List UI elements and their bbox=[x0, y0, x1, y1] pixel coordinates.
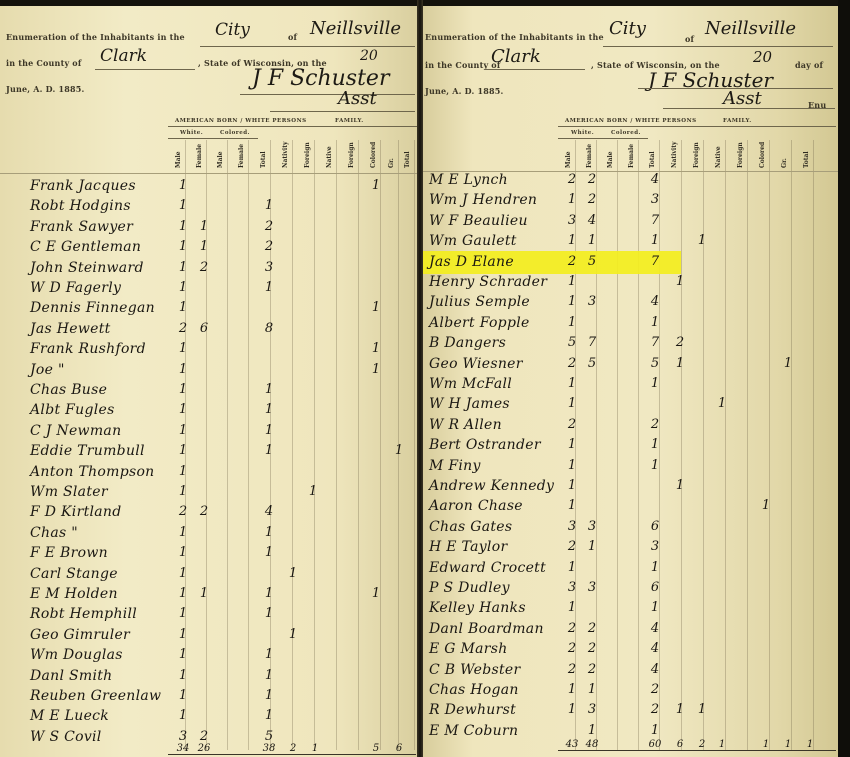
table-row[interactable]: Frank Jacques11 bbox=[0, 178, 417, 198]
right-ledger-page: Enumeration of the Inhabitants in the Ci… bbox=[423, 6, 838, 757]
resident-name: Julius Semple bbox=[429, 294, 530, 310]
count-cell: 1 bbox=[176, 239, 190, 254]
resident-name: C B Webster bbox=[429, 662, 520, 678]
header-of: of bbox=[288, 32, 297, 42]
total-cell: 48 bbox=[585, 739, 599, 750]
column-header: Foreign bbox=[737, 142, 744, 168]
sub-label-white: White. bbox=[571, 130, 594, 136]
count-cell: 1 bbox=[648, 600, 662, 615]
resident-name: Albt Fugles bbox=[30, 402, 115, 418]
count-cell: 1 bbox=[262, 545, 276, 560]
table-row[interactable]: Joe "11 bbox=[0, 362, 417, 382]
count-cell: 1 bbox=[176, 382, 190, 397]
count-cell: 1 bbox=[176, 423, 190, 438]
count-cell: 1 bbox=[565, 600, 579, 615]
count-cell: 1 bbox=[176, 668, 190, 683]
table-row[interactable]: W F Beaulieu347 bbox=[423, 213, 838, 233]
header-day: 20 bbox=[753, 48, 772, 66]
count-cell: 1 bbox=[176, 606, 190, 621]
total-cell: 1 bbox=[759, 739, 773, 750]
resident-name: F D Kirtland bbox=[30, 504, 122, 520]
table-row[interactable]: C J Newman11 bbox=[0, 423, 417, 443]
count-cell: 1 bbox=[197, 219, 211, 234]
resident-name: Albert Fopple bbox=[429, 315, 530, 331]
total-cell: 26 bbox=[197, 743, 211, 754]
count-cell: 1 bbox=[262, 198, 276, 213]
count-cell: 4 bbox=[648, 641, 662, 656]
count-cell: 3 bbox=[585, 580, 599, 595]
column-header: Foreign bbox=[348, 142, 355, 168]
total-cell: 43 bbox=[565, 739, 579, 750]
table-row[interactable]: M E Lynch224 bbox=[423, 172, 838, 192]
table-row[interactable]: Chas Hogan112 bbox=[423, 682, 838, 702]
resident-name: B Dangers bbox=[429, 335, 506, 351]
resident-name: Jas Hewett bbox=[30, 321, 111, 337]
resident-name: E M Holden bbox=[30, 586, 118, 602]
header-rule bbox=[168, 126, 417, 127]
header-place: Neillsville bbox=[310, 18, 401, 39]
count-cell: 1 bbox=[176, 260, 190, 275]
total-cell: 6 bbox=[673, 739, 687, 750]
resident-name: Aaron Chase bbox=[429, 498, 523, 514]
resident-name: M Finy bbox=[429, 458, 481, 474]
header-rule bbox=[95, 69, 195, 70]
count-cell: 1 bbox=[565, 274, 579, 289]
count-cell: 5 bbox=[565, 335, 579, 350]
resident-name: W F Beaulieu bbox=[429, 213, 528, 229]
table-row[interactable]: Frank Rushford11 bbox=[0, 341, 417, 361]
count-cell: 2 bbox=[197, 504, 211, 519]
header-rule bbox=[603, 46, 833, 47]
column-header: Male bbox=[175, 142, 182, 168]
count-cell: 1 bbox=[176, 178, 190, 193]
count-cell: 3 bbox=[565, 580, 579, 595]
table-row[interactable]: Anton Thompson1 bbox=[0, 464, 417, 484]
group-label-family: FAMILY. bbox=[723, 118, 752, 124]
resident-name: Robt Hemphill bbox=[30, 606, 137, 622]
count-cell: 3 bbox=[262, 260, 276, 275]
count-cell: 3 bbox=[585, 702, 599, 717]
column-header: Gr. bbox=[388, 142, 395, 168]
resident-name: W D Fagerly bbox=[30, 280, 121, 296]
header-day: 20 bbox=[360, 48, 378, 64]
count-cell: 1 bbox=[262, 525, 276, 540]
sub-label-colored: Colored. bbox=[220, 130, 250, 136]
group-label-american: AMERICAN BORN / WHITE PERSONS bbox=[565, 118, 697, 124]
count-cell: 1 bbox=[262, 647, 276, 662]
total-cell: 1 bbox=[308, 743, 322, 754]
table-row[interactable]: Jas Hewett268 bbox=[0, 321, 417, 341]
book-right-edge bbox=[838, 0, 850, 757]
column-header: Total bbox=[260, 142, 267, 168]
count-cell: 1 bbox=[585, 723, 599, 738]
column-header: Gr. bbox=[781, 142, 788, 168]
count-cell: 1 bbox=[369, 362, 383, 377]
resident-name: Carl Stange bbox=[30, 566, 118, 582]
count-cell: 1 bbox=[759, 498, 773, 513]
column-header: Male bbox=[607, 142, 614, 168]
group-label-american: AMERICAN BORN / WHITE PERSONS bbox=[175, 118, 307, 124]
table-row[interactable]: Wm Douglas11 bbox=[0, 647, 417, 667]
table-row[interactable]: B Dangers5772 bbox=[423, 335, 838, 355]
count-cell: 1 bbox=[369, 300, 383, 315]
count-cell: 1 bbox=[565, 315, 579, 330]
resident-name: M E Lueck bbox=[30, 708, 109, 724]
resident-name: Joe " bbox=[30, 362, 65, 378]
resident-name: Chas Buse bbox=[30, 382, 107, 398]
count-cell: 2 bbox=[565, 662, 579, 677]
column-header: Colored bbox=[759, 142, 766, 168]
header-rule bbox=[270, 111, 415, 112]
count-cell: 1 bbox=[565, 498, 579, 513]
count-cell: 2 bbox=[673, 335, 687, 350]
count-cell: 1 bbox=[176, 443, 190, 458]
column-header: Male bbox=[565, 142, 572, 168]
resident-name: H E Taylor bbox=[429, 539, 507, 555]
count-cell: 2 bbox=[648, 682, 662, 697]
column-header: Native bbox=[326, 142, 333, 168]
count-cell: 1 bbox=[648, 376, 662, 391]
table-row[interactable]: C B Webster224 bbox=[423, 662, 838, 682]
table-row[interactable]: Wm J Hendren123 bbox=[423, 192, 838, 212]
table-row[interactable]: M E Lueck11 bbox=[0, 708, 417, 728]
total-cell: 1 bbox=[715, 739, 729, 750]
resident-name: Edward Crocett bbox=[429, 560, 546, 576]
table-row[interactable]: Edward Crocett11 bbox=[423, 560, 838, 580]
total-cell: 6 bbox=[392, 743, 406, 754]
resident-name: John Steinward bbox=[30, 260, 144, 276]
resident-name: C J Newman bbox=[30, 423, 121, 439]
resident-name: Chas Hogan bbox=[429, 682, 519, 698]
resident-name: Wm Slater bbox=[30, 484, 108, 500]
table-row[interactable]: Danl Boardman224 bbox=[423, 621, 838, 641]
count-cell: 4 bbox=[648, 172, 662, 187]
count-cell: 4 bbox=[648, 621, 662, 636]
table-row[interactable]: Andrew Kennedy11 bbox=[423, 478, 838, 498]
table-row[interactable]: F E Brown11 bbox=[0, 545, 417, 565]
header-rule bbox=[558, 126, 836, 127]
count-cell: 2 bbox=[176, 321, 190, 336]
count-cell: 1 bbox=[648, 723, 662, 738]
count-cell: 1 bbox=[176, 525, 190, 540]
column-header: Female bbox=[238, 142, 245, 168]
table-row[interactable]: Bert Ostrander11 bbox=[423, 437, 838, 457]
resident-name: Anton Thompson bbox=[30, 464, 155, 480]
table-row-highlighted[interactable]: Jas D Elane257 bbox=[423, 254, 838, 274]
resident-name: Geo Gimruler bbox=[30, 627, 130, 643]
count-cell: 2 bbox=[565, 539, 579, 554]
resident-name: Eddie Trumbull bbox=[30, 443, 145, 459]
count-cell: 1 bbox=[176, 198, 190, 213]
table-row[interactable]: John Steinward123 bbox=[0, 260, 417, 280]
sub-label-white: White. bbox=[180, 130, 203, 136]
header-place-type: City bbox=[609, 18, 646, 39]
resident-name: Danl Smith bbox=[30, 668, 113, 684]
header-rule bbox=[663, 108, 835, 109]
count-cell: 1 bbox=[176, 627, 190, 642]
count-cell: 1 bbox=[585, 539, 599, 554]
resident-name: Frank Rushford bbox=[30, 341, 146, 357]
column-header: Colored bbox=[370, 142, 377, 168]
table-row[interactable]: Danl Smith11 bbox=[0, 668, 417, 688]
count-cell: 1 bbox=[369, 586, 383, 601]
resident-name: Bert Ostrander bbox=[429, 437, 541, 453]
table-row[interactable]: W H James11 bbox=[423, 396, 838, 416]
resident-name: E M Coburn bbox=[429, 723, 518, 739]
count-cell: 1 bbox=[197, 239, 211, 254]
header-rule bbox=[558, 138, 648, 139]
count-cell: 1 bbox=[673, 356, 687, 371]
column-header: Male bbox=[217, 142, 224, 168]
header-place-type: City bbox=[215, 20, 250, 40]
header-rule bbox=[0, 173, 417, 174]
column-header: Foreign bbox=[304, 142, 311, 168]
header-line1-print: Enumeration of the Inhabitants in the bbox=[425, 32, 604, 42]
count-cell: 2 bbox=[565, 356, 579, 371]
table-row[interactable]: C E Gentleman112 bbox=[0, 239, 417, 259]
count-cell: 1 bbox=[695, 233, 709, 248]
table-row[interactable]: Chas Gates336 bbox=[423, 519, 838, 539]
table-row[interactable]: Robt Hodgins11 bbox=[0, 198, 417, 218]
count-cell: 1 bbox=[648, 560, 662, 575]
count-cell: 1 bbox=[585, 682, 599, 697]
count-cell: 1 bbox=[648, 458, 662, 473]
resident-name: Jas D Elane bbox=[429, 254, 514, 270]
count-cell: 1 bbox=[262, 382, 276, 397]
count-cell: 1 bbox=[262, 606, 276, 621]
header-of: of bbox=[685, 34, 694, 44]
count-cell: 1 bbox=[585, 233, 599, 248]
count-cell: 6 bbox=[648, 519, 662, 534]
resident-name: F E Brown bbox=[30, 545, 108, 561]
table-row[interactable]: F D Kirtland224 bbox=[0, 504, 417, 524]
table-row[interactable]: Julius Semple134 bbox=[423, 294, 838, 314]
column-header: Female bbox=[628, 142, 635, 168]
sub-label-colored: Colored. bbox=[611, 130, 641, 136]
table-row[interactable]: H E Taylor213 bbox=[423, 539, 838, 559]
count-cell: 1 bbox=[673, 702, 687, 717]
table-row[interactable]: Geo Wiesner25511 bbox=[423, 356, 838, 376]
resident-name: Robt Hodgins bbox=[30, 198, 131, 214]
count-cell: 2 bbox=[565, 417, 579, 432]
resident-name: C E Gentleman bbox=[30, 239, 141, 255]
column-header: Foreign bbox=[693, 142, 700, 168]
count-cell: 1 bbox=[715, 396, 729, 411]
resident-name: Wm McFall bbox=[429, 376, 512, 392]
count-cell: 2 bbox=[197, 260, 211, 275]
totals-row: 434860621111 bbox=[423, 739, 838, 757]
count-cell: 5 bbox=[585, 356, 599, 371]
resident-name: Reuben Greenlaw bbox=[30, 688, 161, 704]
totals-row: 3426382156 bbox=[0, 743, 417, 757]
resident-name: Geo Wiesner bbox=[429, 356, 523, 372]
column-header: Nativity bbox=[671, 142, 678, 168]
count-cell: 2 bbox=[565, 254, 579, 269]
count-cell: 5 bbox=[585, 254, 599, 269]
table-row[interactable]: Carl Stange11 bbox=[0, 566, 417, 586]
table-row[interactable]: Reuben Greenlaw11 bbox=[0, 688, 417, 708]
table-row[interactable]: Albt Fugles11 bbox=[0, 402, 417, 422]
resident-name: Wm Douglas bbox=[30, 647, 123, 663]
table-row[interactable]: R Dewhurst13211 bbox=[423, 702, 838, 722]
count-cell: 1 bbox=[197, 586, 211, 601]
count-cell: 1 bbox=[262, 402, 276, 417]
count-cell: 2 bbox=[585, 192, 599, 207]
count-cell: 1 bbox=[565, 294, 579, 309]
table-row[interactable]: Dennis Finnegan11 bbox=[0, 300, 417, 320]
count-cell: 7 bbox=[648, 213, 662, 228]
header-county: Clark bbox=[491, 46, 541, 67]
count-cell: 1 bbox=[648, 315, 662, 330]
table-row[interactable]: Albert Fopple11 bbox=[423, 315, 838, 335]
table-row[interactable]: Frank Sawyer112 bbox=[0, 219, 417, 239]
count-cell: 1 bbox=[176, 362, 190, 377]
count-cell: 2 bbox=[176, 504, 190, 519]
count-cell: 1 bbox=[565, 396, 579, 411]
count-cell: 3 bbox=[565, 213, 579, 228]
count-cell: 1 bbox=[565, 682, 579, 697]
count-cell: 5 bbox=[262, 729, 276, 744]
count-cell: 2 bbox=[585, 621, 599, 636]
table-row[interactable]: W R Allen22 bbox=[423, 417, 838, 437]
resident-name: W H James bbox=[429, 396, 510, 412]
total-cell: 38 bbox=[262, 743, 276, 754]
count-cell: 7 bbox=[648, 254, 662, 269]
count-cell: 1 bbox=[262, 708, 276, 723]
count-cell: 3 bbox=[565, 519, 579, 534]
count-cell: 3 bbox=[648, 539, 662, 554]
count-cell: 1 bbox=[565, 376, 579, 391]
left-ledger-page: Enumeration of the Inhabitants in the Ci… bbox=[0, 6, 417, 757]
count-cell: 1 bbox=[306, 484, 320, 499]
column-header: Total bbox=[649, 142, 656, 168]
count-cell: 2 bbox=[262, 239, 276, 254]
count-cell: 3 bbox=[585, 519, 599, 534]
header-place: Neillsville bbox=[705, 18, 796, 39]
count-cell: 2 bbox=[565, 641, 579, 656]
resident-name: Chas Gates bbox=[429, 519, 512, 535]
total-cell: 60 bbox=[648, 739, 662, 750]
resident-name: R Dewhurst bbox=[429, 702, 516, 718]
table-row[interactable]: E M Holden1111 bbox=[0, 586, 417, 606]
count-cell: 2 bbox=[262, 219, 276, 234]
count-cell: 7 bbox=[648, 335, 662, 350]
count-cell: 1 bbox=[176, 484, 190, 499]
count-cell: 1 bbox=[565, 192, 579, 207]
enumerator-title: Asst bbox=[338, 88, 377, 109]
resident-name: Dennis Finnegan bbox=[30, 300, 155, 316]
table-row[interactable]: Kelley Hanks11 bbox=[423, 600, 838, 620]
table-row[interactable]: Wm Slater11 bbox=[0, 484, 417, 504]
resident-name: Henry Schrader bbox=[429, 274, 547, 290]
column-header: Nativity bbox=[282, 142, 289, 168]
resident-name: Danl Boardman bbox=[429, 621, 544, 637]
count-cell: 1 bbox=[673, 478, 687, 493]
table-row[interactable]: M Finy11 bbox=[423, 458, 838, 478]
count-cell: 1 bbox=[673, 274, 687, 289]
count-cell: 1 bbox=[176, 545, 190, 560]
table-row[interactable]: Wm McFall11 bbox=[423, 376, 838, 396]
table-row[interactable]: W D Fagerly11 bbox=[0, 280, 417, 300]
count-cell: 2 bbox=[648, 702, 662, 717]
header-rule bbox=[485, 69, 585, 70]
table-row[interactable]: E G Marsh224 bbox=[423, 641, 838, 661]
table-row[interactable]: Chas Buse11 bbox=[0, 382, 417, 402]
count-cell: 1 bbox=[565, 702, 579, 717]
count-cell: 1 bbox=[392, 443, 406, 458]
count-cell: 3 bbox=[648, 192, 662, 207]
header-rule bbox=[168, 138, 258, 139]
count-cell: 7 bbox=[585, 335, 599, 350]
count-cell: 6 bbox=[197, 321, 211, 336]
total-cell: 2 bbox=[286, 743, 300, 754]
total-cell: 5 bbox=[369, 743, 383, 754]
table-row[interactable]: Eddie Trumbull111 bbox=[0, 443, 417, 463]
count-cell: 2 bbox=[585, 172, 599, 187]
table-row[interactable]: Aaron Chase11 bbox=[423, 498, 838, 518]
count-cell: 4 bbox=[585, 213, 599, 228]
resident-name: Frank Sawyer bbox=[30, 219, 133, 235]
resident-name: W R Allen bbox=[429, 417, 502, 433]
column-header: Total bbox=[404, 142, 411, 168]
count-cell: 4 bbox=[648, 294, 662, 309]
count-cell: 1 bbox=[369, 341, 383, 356]
count-cell: 1 bbox=[176, 708, 190, 723]
count-cell: 4 bbox=[262, 504, 276, 519]
table-row[interactable]: P S Dudley336 bbox=[423, 580, 838, 600]
count-cell: 1 bbox=[176, 586, 190, 601]
count-cell: 6 bbox=[648, 580, 662, 595]
header-line3-print: June, A. D. 1885. bbox=[6, 84, 85, 94]
header-line3-print: June, A. D. 1885. bbox=[425, 86, 504, 96]
header-day-of: day of bbox=[795, 60, 823, 70]
total-cell: 34 bbox=[176, 743, 190, 754]
count-cell: 1 bbox=[262, 688, 276, 703]
count-cell: 3 bbox=[176, 729, 190, 744]
resident-name: Wm Gaulett bbox=[429, 233, 517, 249]
count-cell: 1 bbox=[262, 280, 276, 295]
count-cell: 1 bbox=[781, 356, 795, 371]
count-cell: 1 bbox=[648, 233, 662, 248]
count-cell: 1 bbox=[176, 464, 190, 479]
table-row[interactable]: Robt Hemphill11 bbox=[0, 606, 417, 626]
header-line2-print: in the County of bbox=[6, 58, 81, 68]
count-cell: 1 bbox=[695, 702, 709, 717]
header-rule bbox=[200, 46, 415, 47]
total-cell: 1 bbox=[781, 739, 795, 750]
count-cell: 1 bbox=[286, 566, 300, 581]
count-cell: 2 bbox=[585, 662, 599, 677]
header-rule bbox=[240, 94, 415, 95]
count-cell: 2 bbox=[585, 641, 599, 656]
table-row[interactable]: Geo Gimruler11 bbox=[0, 627, 417, 647]
enumerator-title: Asst bbox=[723, 88, 762, 109]
resident-name: Wm J Hendren bbox=[429, 192, 537, 208]
count-cell: 2 bbox=[565, 621, 579, 636]
column-header: Female bbox=[586, 142, 593, 168]
count-cell: 1 bbox=[176, 647, 190, 662]
count-cell: 1 bbox=[565, 437, 579, 452]
table-row[interactable]: Henry Schrader11 bbox=[423, 274, 838, 294]
table-row[interactable]: Chas "11 bbox=[0, 525, 417, 545]
count-cell: 1 bbox=[262, 586, 276, 601]
count-cell: 1 bbox=[369, 178, 383, 193]
resident-name: Kelley Hanks bbox=[429, 600, 526, 616]
group-label-family: FAMILY. bbox=[335, 118, 364, 124]
count-cell: 2 bbox=[648, 417, 662, 432]
count-cell: 8 bbox=[262, 321, 276, 336]
count-cell: 1 bbox=[262, 443, 276, 458]
